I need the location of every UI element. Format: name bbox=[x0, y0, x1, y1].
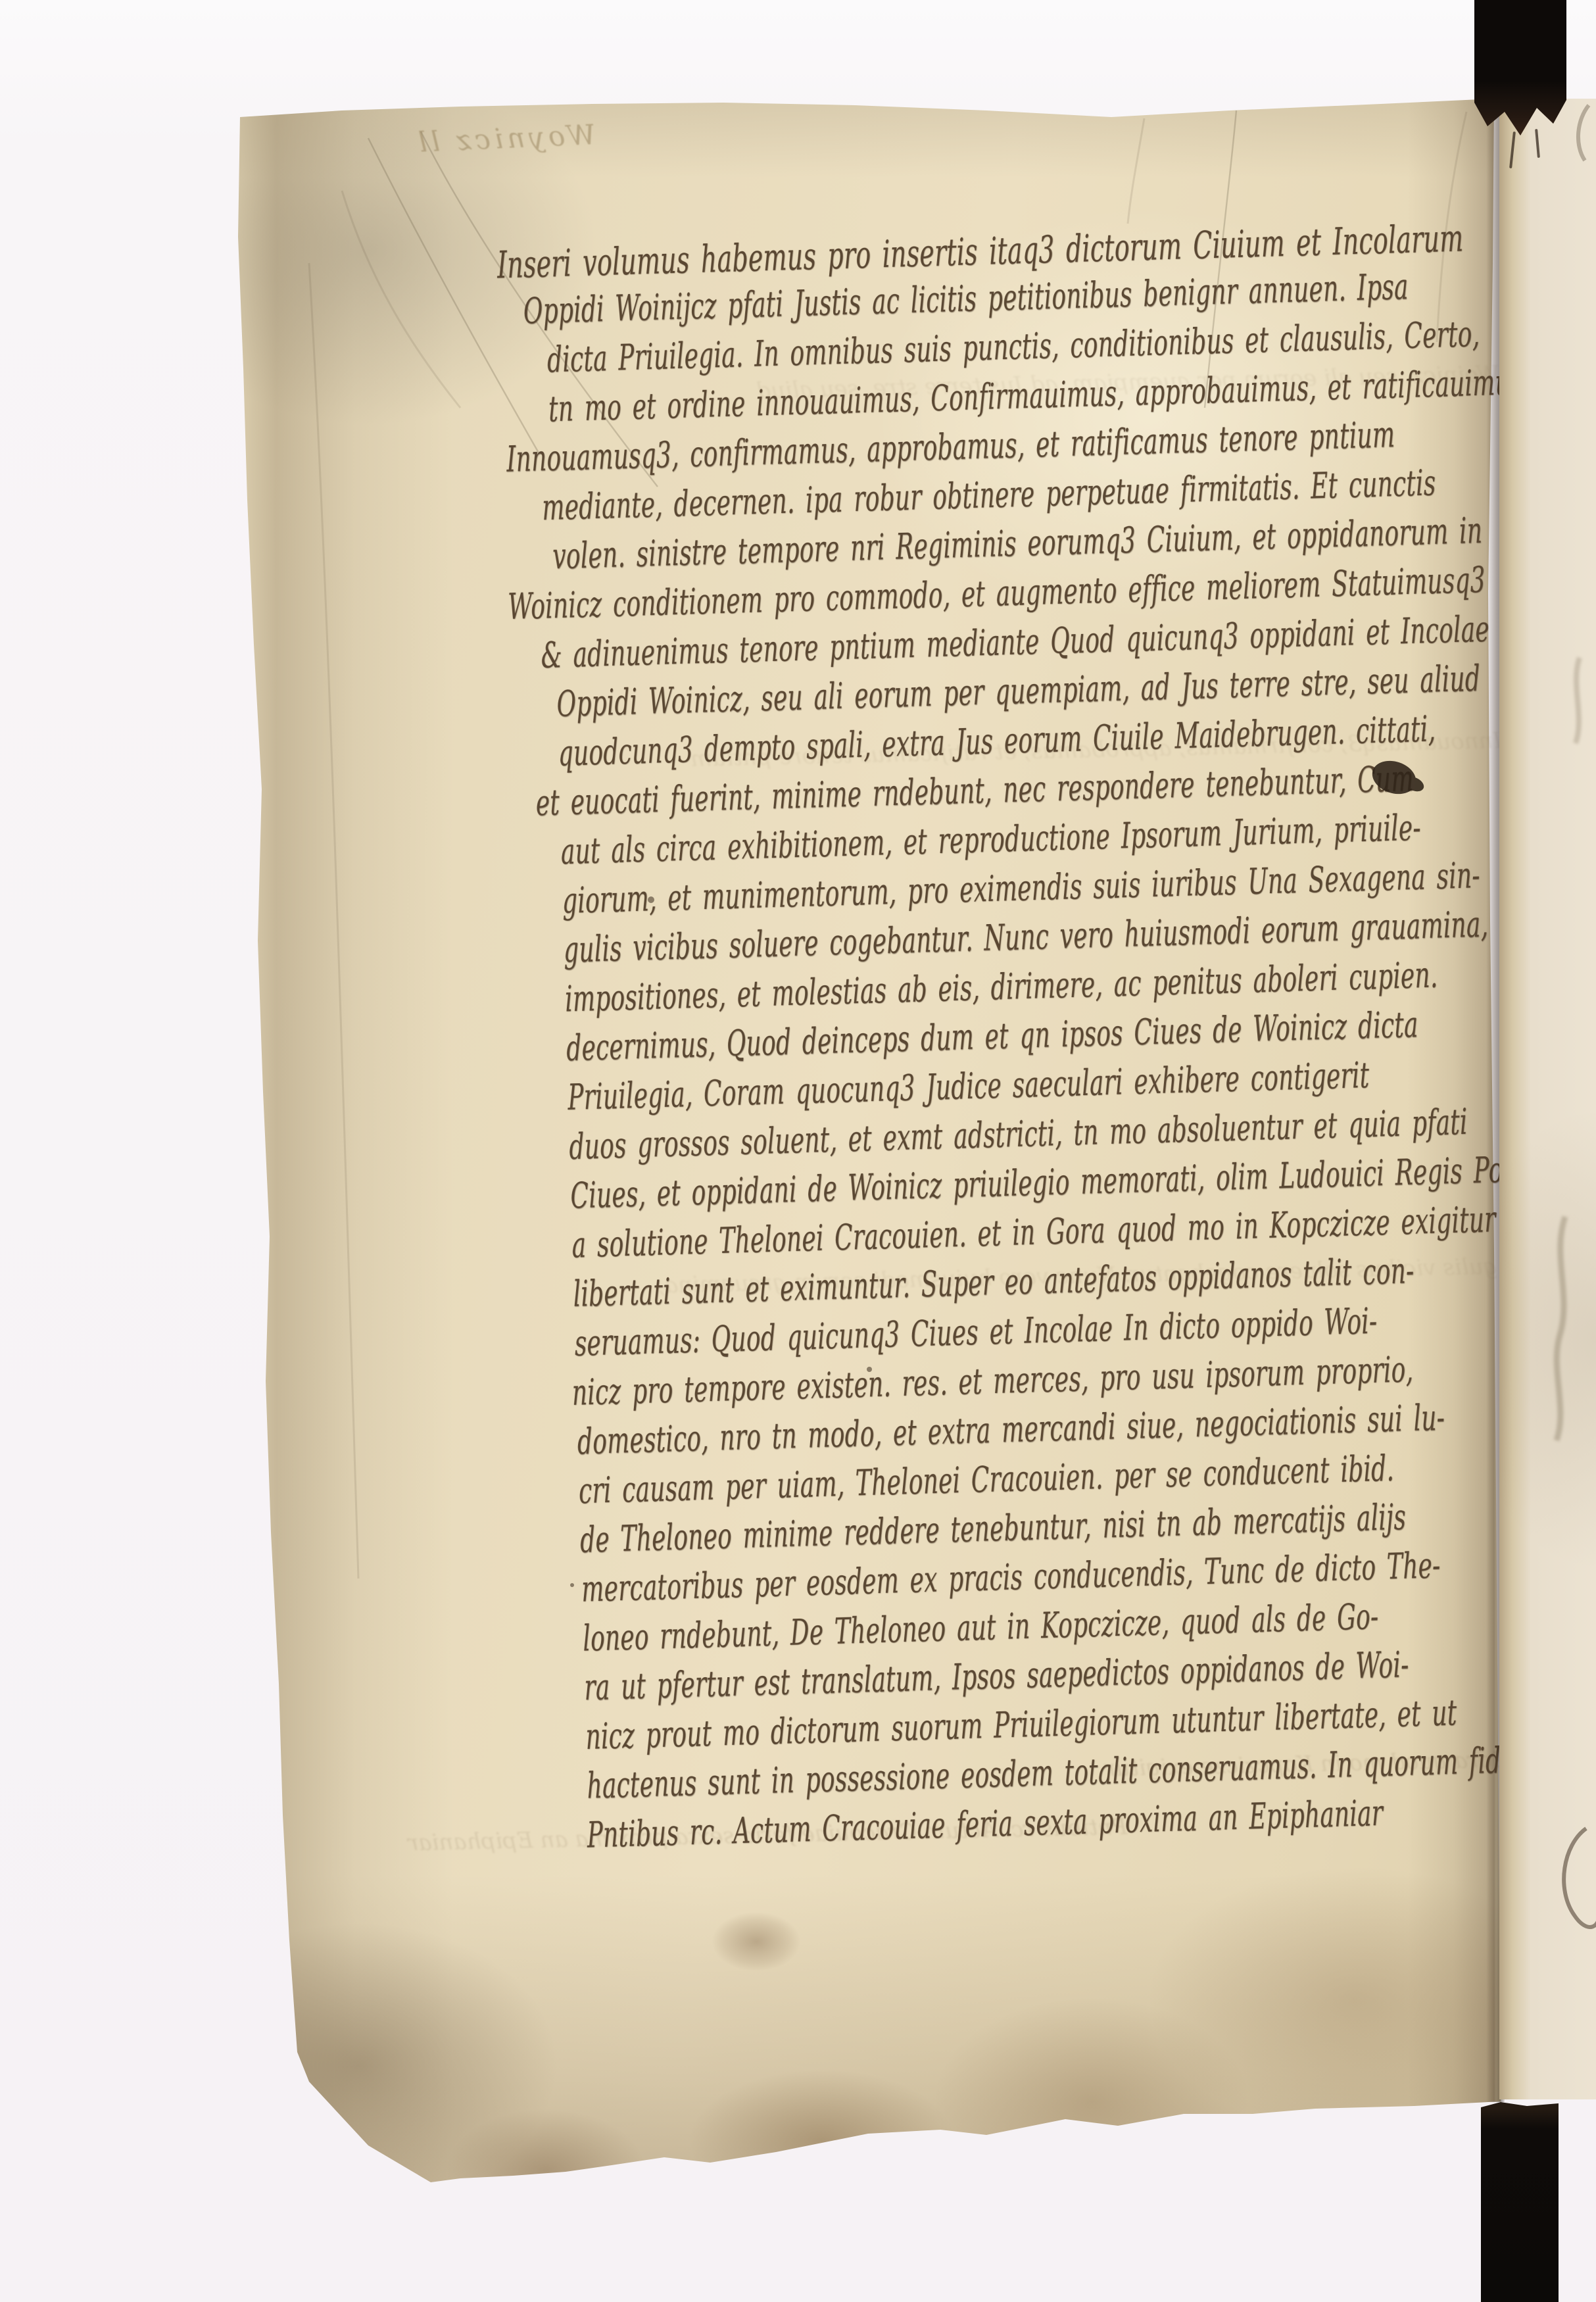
manuscript-text: Inseri volumus habemus pro insertis itaq… bbox=[496, 216, 1528, 1866]
next-page-edge bbox=[1499, 99, 1596, 2099]
binding-strap-bottom bbox=[1481, 2102, 1559, 2302]
binding-strap-top bbox=[1474, 0, 1566, 139]
scan-background: Oppidi Woinicz, seu ali eorum per quempi… bbox=[0, 0, 1596, 2302]
